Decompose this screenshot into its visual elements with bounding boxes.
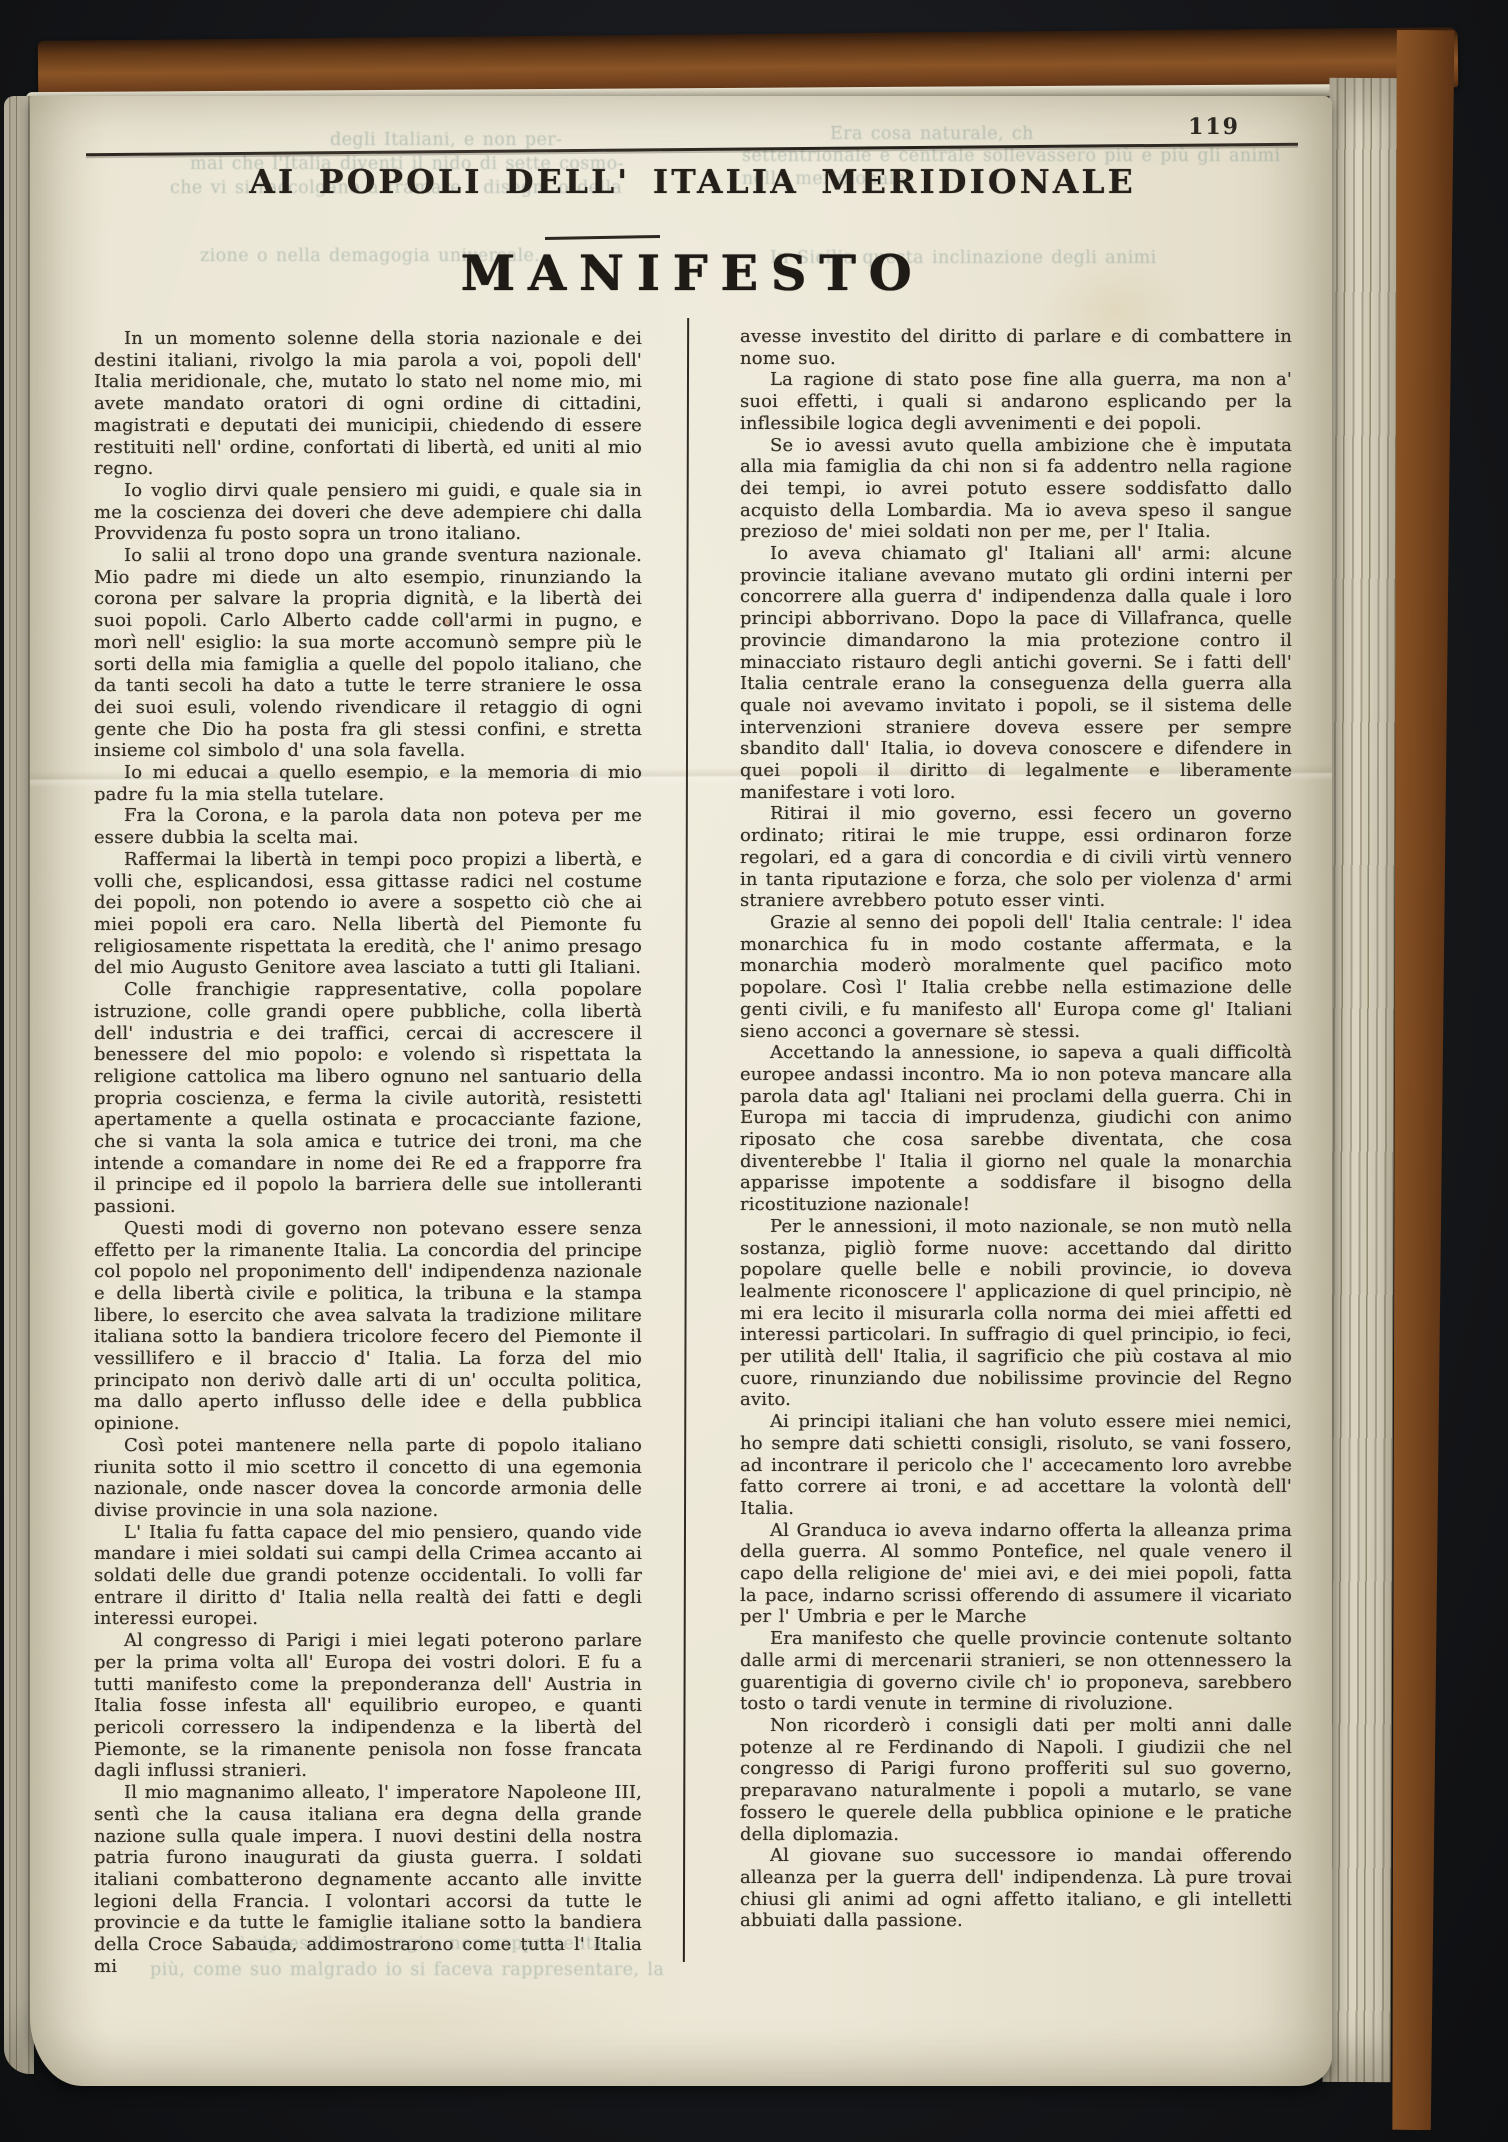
paragraph: Io aveva chiamato gl' Italiani all' armi… <box>740 543 1292 803</box>
paragraph: Non ricorderò i consigli dati per molti … <box>740 1715 1292 1845</box>
paragraph: Grazie al senno dei popoli dell' Italia … <box>740 912 1292 1042</box>
paragraph: Io mi educai a quello esempio, e la memo… <box>94 762 642 805</box>
paragraph: Così potei mantenere nella parte di popo… <box>94 1435 642 1522</box>
paragraph: Ai principi italiani che han voluto esse… <box>740 1411 1292 1520</box>
paragraph: Al congresso di Parigi i miei legati pot… <box>94 1630 642 1782</box>
page-number: 119 <box>1188 114 1240 140</box>
paragraph: Questi modi di governo non potevano esse… <box>94 1218 642 1435</box>
paper-stain <box>150 1976 650 2066</box>
paragraph: In un momento solenne della storia nazio… <box>94 328 642 480</box>
manifesto-heading: MANIFESTO <box>90 244 1295 302</box>
paragraph: Io voglio dirvi quale pensiero mi guidi,… <box>94 480 642 545</box>
page-title: AI POPOLI DELL' ITALIA MERIDIONALE <box>90 162 1295 201</box>
paragraph: La ragione di stato pose fine alla guerr… <box>740 369 1292 434</box>
paragraph: Al Granduca io aveva indarno offerta la … <box>740 1520 1292 1629</box>
paragraph: Raffermai la libertà in tempi poco propi… <box>94 849 642 979</box>
paragraph: L' Italia fu fatta capace del mio pensie… <box>94 1522 642 1631</box>
paragraph: Al giovane suo successore io mandai offe… <box>740 1845 1292 1932</box>
paragraph: Se io avessi avuto quella ambizione che … <box>740 435 1292 544</box>
bleedthrough-text: Era cosa naturale, ch <box>830 124 1130 144</box>
paragraph: Il mio magnanimo alleato, l' imperatore … <box>94 1782 642 1977</box>
bleedthrough-text: degli Italiani, e non per- <box>330 130 630 150</box>
book-photo: degli Italiani, e non per- mai che l'Ita… <box>0 0 1508 2142</box>
right-column: avesse investito del diritto di parlare … <box>740 326 1292 1932</box>
paragraph: Per le annessioni, il moto nazionale, se… <box>740 1216 1292 1411</box>
paragraph: Era manifesto che quelle provincie conte… <box>740 1628 1292 1715</box>
paragraph: Io salii al trono dopo una grande sventu… <box>94 545 642 762</box>
book-page: degli Italiani, e non per- mai che l'Ita… <box>30 96 1332 2086</box>
page-stack-edge-right <box>1323 78 1398 2082</box>
column-divider <box>683 318 689 1962</box>
paragraph: avesse investito del diritto di parlare … <box>740 326 1292 369</box>
paragraph: Colle franchigie rappresentative, colla … <box>94 979 642 1218</box>
title-rule <box>545 235 660 240</box>
paragraph: Accettando la annessione, io sapeva a qu… <box>740 1042 1292 1216</box>
left-column: In un momento solenne della storia nazio… <box>94 328 642 1977</box>
paragraph: Ritirai il mio governo, essi fecero un g… <box>740 803 1292 912</box>
paragraph: Fra la Corona, e la parola data non pote… <box>94 805 642 848</box>
